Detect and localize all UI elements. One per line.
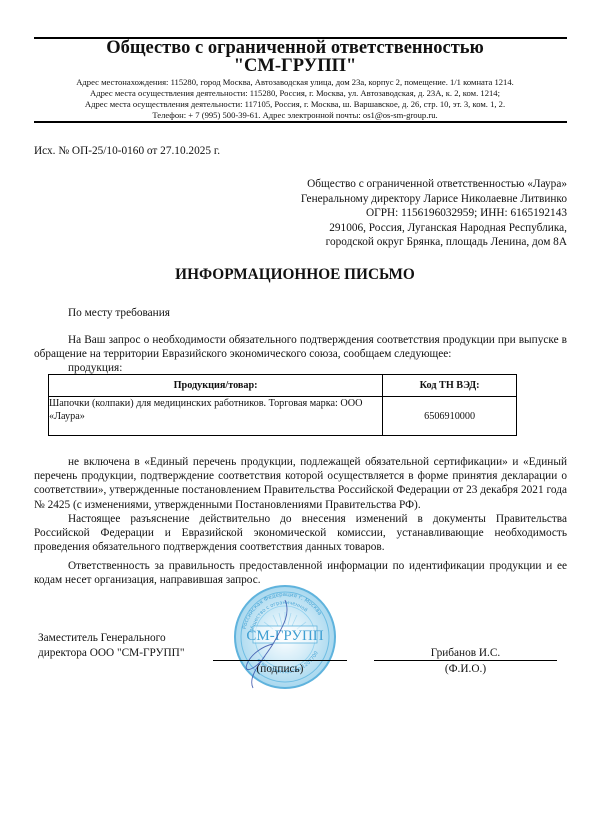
intro-paragraph: На Ваш запрос о необходимости обязательн… — [34, 333, 567, 361]
product-label: продукция: — [68, 361, 122, 375]
addressee-ids: ОГРН: 1156196032959; ИНН: 6165192143 — [301, 206, 567, 221]
addressee-address-1: 291006, Россия, Луганская Народная Респу… — [301, 221, 567, 236]
address-line-2: Адрес места осуществления деятельности: … — [0, 88, 590, 99]
to-whom: По месту требования — [68, 306, 170, 320]
not-included-paragraph: не включена в «Единый перечень продукции… — [34, 455, 567, 512]
name-line — [374, 660, 557, 661]
table-row: Шапочки (колпаки) для медицинских работн… — [49, 397, 517, 436]
signer-name: Грибанов И.С. — [374, 646, 557, 660]
body-paragraphs: не включена в «Единый перечень продукции… — [34, 455, 567, 554]
address-line-1: Адрес местонахождения: 115280, город Мос… — [0, 77, 590, 88]
letterhead-bottom-rule — [34, 121, 567, 123]
addressee-address-2: городской округ Брянка, площадь Ленина, … — [301, 235, 567, 250]
header-hs-code: Код ТН ВЭД: — [383, 375, 517, 397]
name-caption: (Ф.И.О.) — [374, 662, 557, 676]
intro-text: На Ваш запрос о необходимости обязательн… — [34, 333, 567, 361]
signer-position: Заместитель Генерального директора ООО "… — [38, 631, 184, 660]
company-name-line2: "СМ-ГРУПП" — [0, 56, 590, 76]
signer-position-line1: Заместитель Генерального — [38, 631, 184, 646]
cell-product-name: Шапочки (колпаки) для медицинских работн… — [49, 397, 383, 436]
signature-caption: (подпись) — [213, 662, 347, 676]
stamp-text: СМ-ГРУПП — [246, 628, 323, 644]
address-line-3: Адрес места осуществления деятельности: … — [0, 99, 590, 110]
signature-line — [213, 660, 347, 661]
addressee-org: Общество с ограниченной ответственностью… — [301, 177, 567, 192]
signer-position-line2: директора ООО "СМ-ГРУПП" — [38, 646, 184, 661]
cell-hs-code: 6506910000 — [383, 397, 517, 436]
addressee-person: Генеральному директору Ларисе Николаевне… — [301, 192, 567, 207]
company-name-line1: Общество с ограниченной ответственностью — [0, 38, 590, 58]
outgoing-reference: Исх. № ОП-25/10-0160 от 27.10.2025 г. — [34, 144, 220, 158]
document-title: ИНФОРМАЦИОННОЕ ПИСЬМО — [0, 266, 590, 284]
contact-line: Телефон: + 7 (995) 500-39-61. Адрес элек… — [0, 110, 590, 121]
addressee-block: Общество с ограниченной ответственностью… — [301, 177, 567, 250]
validity-paragraph: Настоящее разъяснение действительно до в… — [34, 512, 567, 555]
table-header-row: Продукция/товар: Код ТН ВЭД: — [49, 375, 517, 397]
product-table: Продукция/товар: Код ТН ВЭД: Шапочки (ко… — [48, 374, 517, 436]
header-product: Продукция/товар: — [49, 375, 383, 397]
